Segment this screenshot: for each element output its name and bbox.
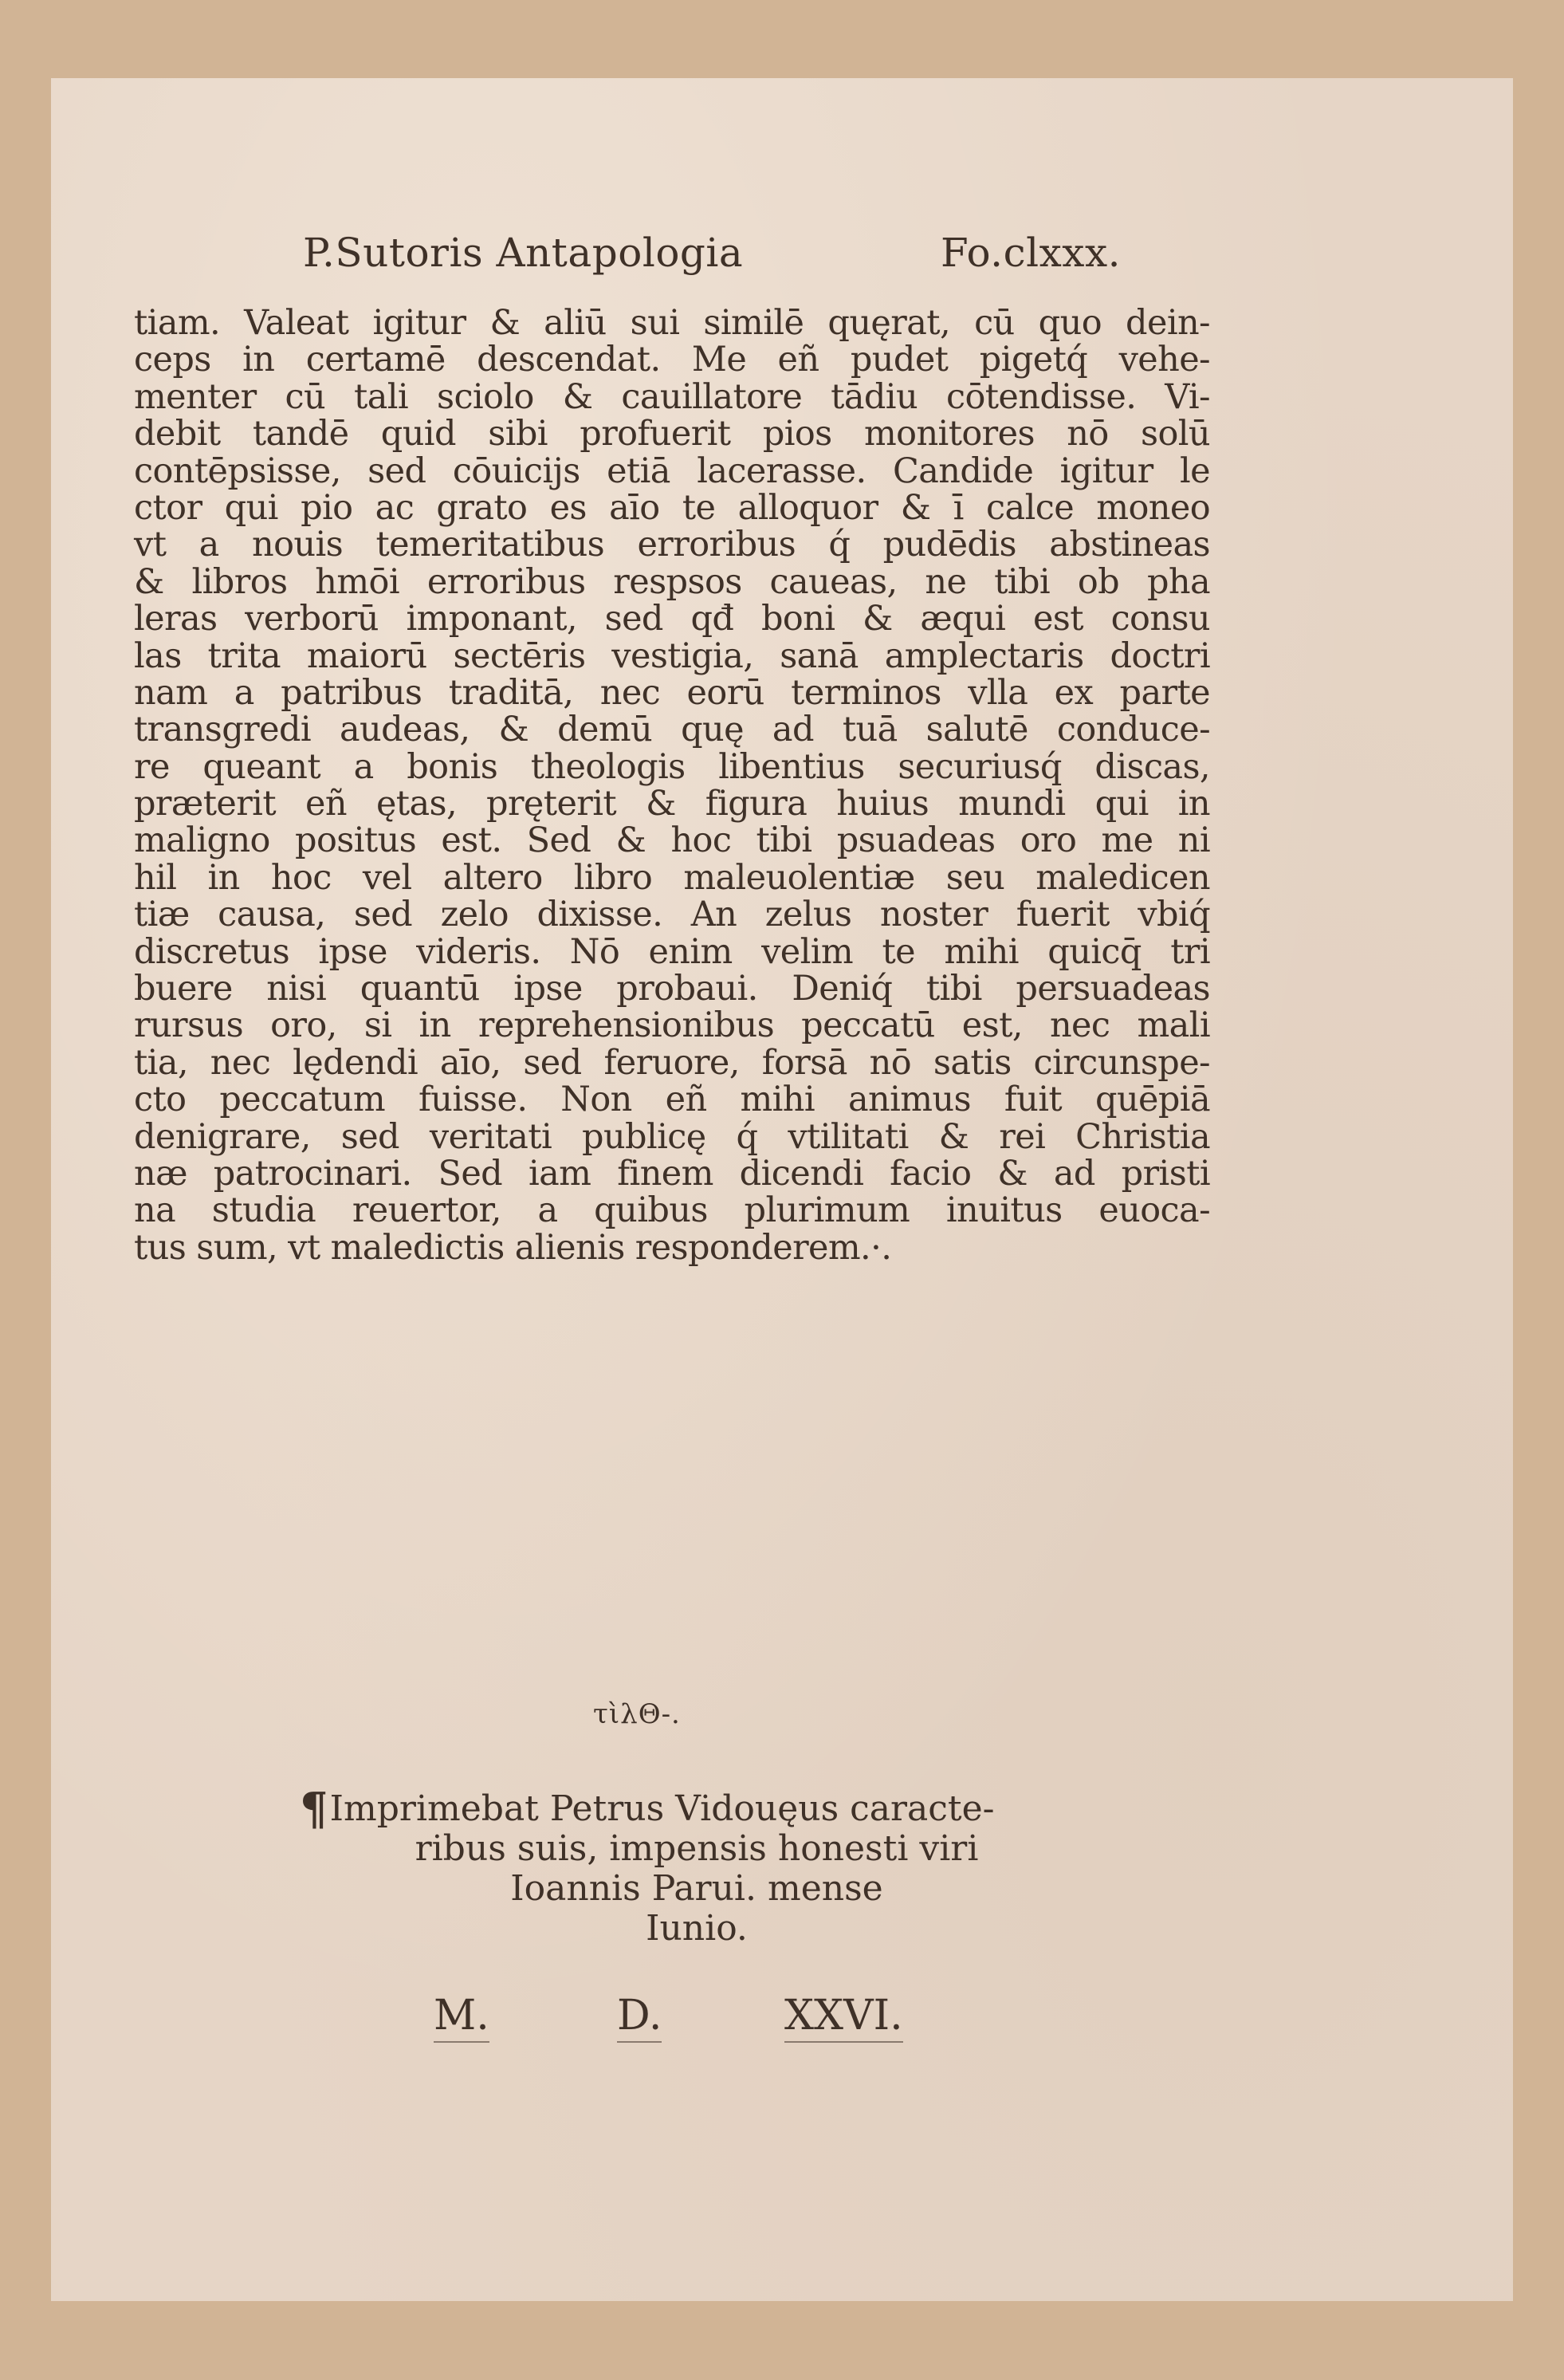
text-line: vt a nouis temeritatibus erroribus q́ pu…: [134, 526, 1210, 563]
text-line: rursus oro, si in reprehensionibus pecca…: [134, 1007, 1210, 1044]
imprint-date: M. D. XXVI.: [386, 1992, 992, 2055]
colophon-line: Iunio.: [258, 1909, 1135, 1949]
text-line: & libros hmōi erroribus respsos caueas, …: [134, 564, 1210, 600]
text-line: na studia reuertor, a quibus plurimum in…: [134, 1192, 1210, 1229]
text-line: tiæ causa, sed zelo dixisse. An zelus no…: [134, 896, 1210, 933]
text-line: discretus ipse videris. Nō enim velim te…: [134, 934, 1210, 970]
text-line: transgredi audeas, & demū quę ad tuā sal…: [134, 711, 1210, 748]
text-line: menter cū tali sciolo & cauillatore tādi…: [134, 379, 1210, 415]
finis-mark: τὶλΘ-.: [593, 1698, 681, 1730]
text-line: maligno positus est. Sed & hoc tibi psua…: [134, 822, 1210, 859]
text-line: leras verborū imponant, sed qđ boni & æq…: [134, 600, 1210, 637]
text-line: re queant a bonis theologis libentius se…: [134, 749, 1210, 785]
running-head: P.Sutoris Antapologia Fo.clxxx.: [51, 230, 1513, 281]
colophon-line: ribus suis, impensis honesti viri: [258, 1829, 1135, 1869]
text-line: hil in hoc vel altero libro maleuolentiæ…: [134, 860, 1210, 896]
colophon-line-text: Imprimebat Petrus Vidouęus caracte-: [330, 1788, 995, 1829]
pilcrow-icon: ¶: [300, 1789, 328, 1829]
colophon-line: Ioannis Parui. mense: [258, 1869, 1135, 1909]
text-line: tiam. Valeat igitur & aliū sui similē qu…: [134, 305, 1210, 341]
text-line: præterit eñ ętas, pręterit & figura huiu…: [134, 785, 1210, 822]
body-text: tiam. Valeat igitur & aliū sui similē qu…: [134, 305, 1210, 1266]
text-line: ctor qui pio ac grato es aīo te alloquor…: [134, 490, 1210, 526]
text-line: denigrare, sed veritati publicę q́ vtili…: [134, 1119, 1210, 1155]
text-line: debit tandē quid sibi profuerit pios mon…: [134, 415, 1210, 452]
running-title: P.Sutoris Antapologia: [303, 230, 743, 276]
book-page: P.Sutoris Antapologia Fo.clxxx. tiam. Va…: [51, 78, 1513, 2301]
text-line: las trita maiorū sectēris vestigia, sanā…: [134, 638, 1210, 675]
colophon: ¶Imprimebat Petrus Vidouęus caracte- rib…: [258, 1789, 1135, 1949]
text-line: tus sum, vt maledictis alienis responder…: [134, 1229, 1210, 1266]
date-millennium: M.: [434, 1992, 489, 2043]
colophon-line: ¶Imprimebat Petrus Vidouęus caracte-: [258, 1789, 1135, 1829]
text-line: ceps in certamē descendat. Me eñ pudet p…: [134, 341, 1210, 378]
text-line: contēpsisse, sed cōuicijs etiā lacerasse…: [134, 453, 1210, 490]
text-line: nam a patribus traditā, nec eorū termino…: [134, 675, 1210, 711]
date-centuries: D.: [617, 1992, 662, 2043]
text-line: tia, nec lędendi aīo, sed feruore, forsā…: [134, 1044, 1210, 1081]
text-line: buere nisi quantū ipse probaui. Deniq́ t…: [134, 970, 1210, 1007]
folio-number: Fo.clxxx.: [941, 230, 1121, 276]
date-years: XXVI.: [784, 1992, 903, 2043]
text-line: cto peccatum fuisse. Non eñ mihi animus …: [134, 1081, 1210, 1118]
text-line: næ patrocinari. Sed iam finem dicendi fa…: [134, 1155, 1210, 1192]
